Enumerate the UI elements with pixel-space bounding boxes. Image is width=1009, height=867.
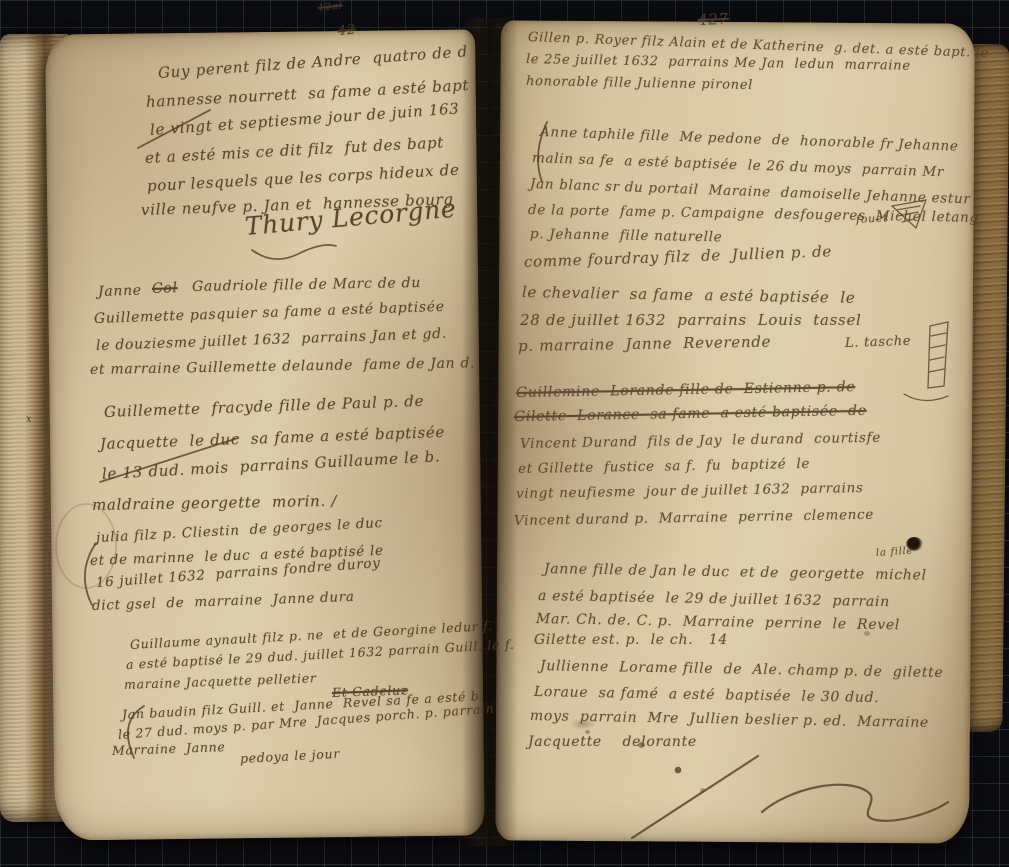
manuscript-line: vingt neufiesme jour de juillet 1632 par… <box>516 480 864 502</box>
manuscript-line: Anne taphile fille Me pedone de honorabl… <box>540 124 959 155</box>
manuscript-line: moys parrain Mre Jullien beslier p. ed. … <box>530 708 929 731</box>
manuscript-line: Janne fille de Jan le duc et de georgett… <box>544 561 927 584</box>
manuscript-line: 28 de juillet 1632 parrains Louis tassel <box>520 311 862 329</box>
manuscript-line: Gilette Lorance sa fame a esté baptisée … <box>514 403 867 425</box>
margin-note-fouet: fouet <box>856 211 889 226</box>
manuscript-line: le chevalier sa fame a esté baptisée le <box>522 283 856 307</box>
manuscript-line: p. Jehanne fille naturelle <box>530 226 723 245</box>
manuscript-line: et Gillette fustice sa f. fu baptizé le <box>518 456 810 477</box>
manuscript-photo: Guy perent filz de Andre quatro de dhann… <box>0 0 1009 867</box>
page-number-right: 427 <box>698 10 729 29</box>
manuscript-line: comme fourdray filz de Jullien p. de <box>524 242 833 271</box>
manuscript-line: de la porte fame p. Campaigne desfougere… <box>528 202 979 226</box>
interline-note: la fille <box>876 545 914 559</box>
manuscript-line: Guillemine Lorande fille de Estienne p. … <box>516 379 856 401</box>
margin-note-tasche: L. tasche <box>845 334 912 351</box>
manuscript-line: Loraue sa famé a esté baptisée le 30 dud… <box>534 684 880 706</box>
manuscript-line: Gilette est. p. le ch. 14 <box>534 632 728 648</box>
manuscript-line: Vincent durand p. Marraine perrine cleme… <box>514 507 874 529</box>
manuscript-line: Jacquette delorante <box>528 734 697 750</box>
manuscript-line: a esté baptisée le 29 de juillet 1632 pa… <box>538 588 890 610</box>
manuscript-line: Jullienne Lorame fille de Ale. champ p. … <box>540 658 944 681</box>
manuscript-line: honorable fille Julienne pironel <box>526 74 753 93</box>
manuscript-line: p. marraine Janne Reverende <box>518 333 771 355</box>
manuscript-line: Mar. Ch. de. C. p. Marraine perrine le R… <box>536 611 900 633</box>
right-page-text-layer: Gillen p. Royer filz Alain et de Katheri… <box>0 0 1009 867</box>
manuscript-line: Vincent Durand fils de Jay le durand cou… <box>520 430 881 452</box>
manuscript-line: malin sa fe a esté baptisée le 26 du moy… <box>532 150 945 180</box>
